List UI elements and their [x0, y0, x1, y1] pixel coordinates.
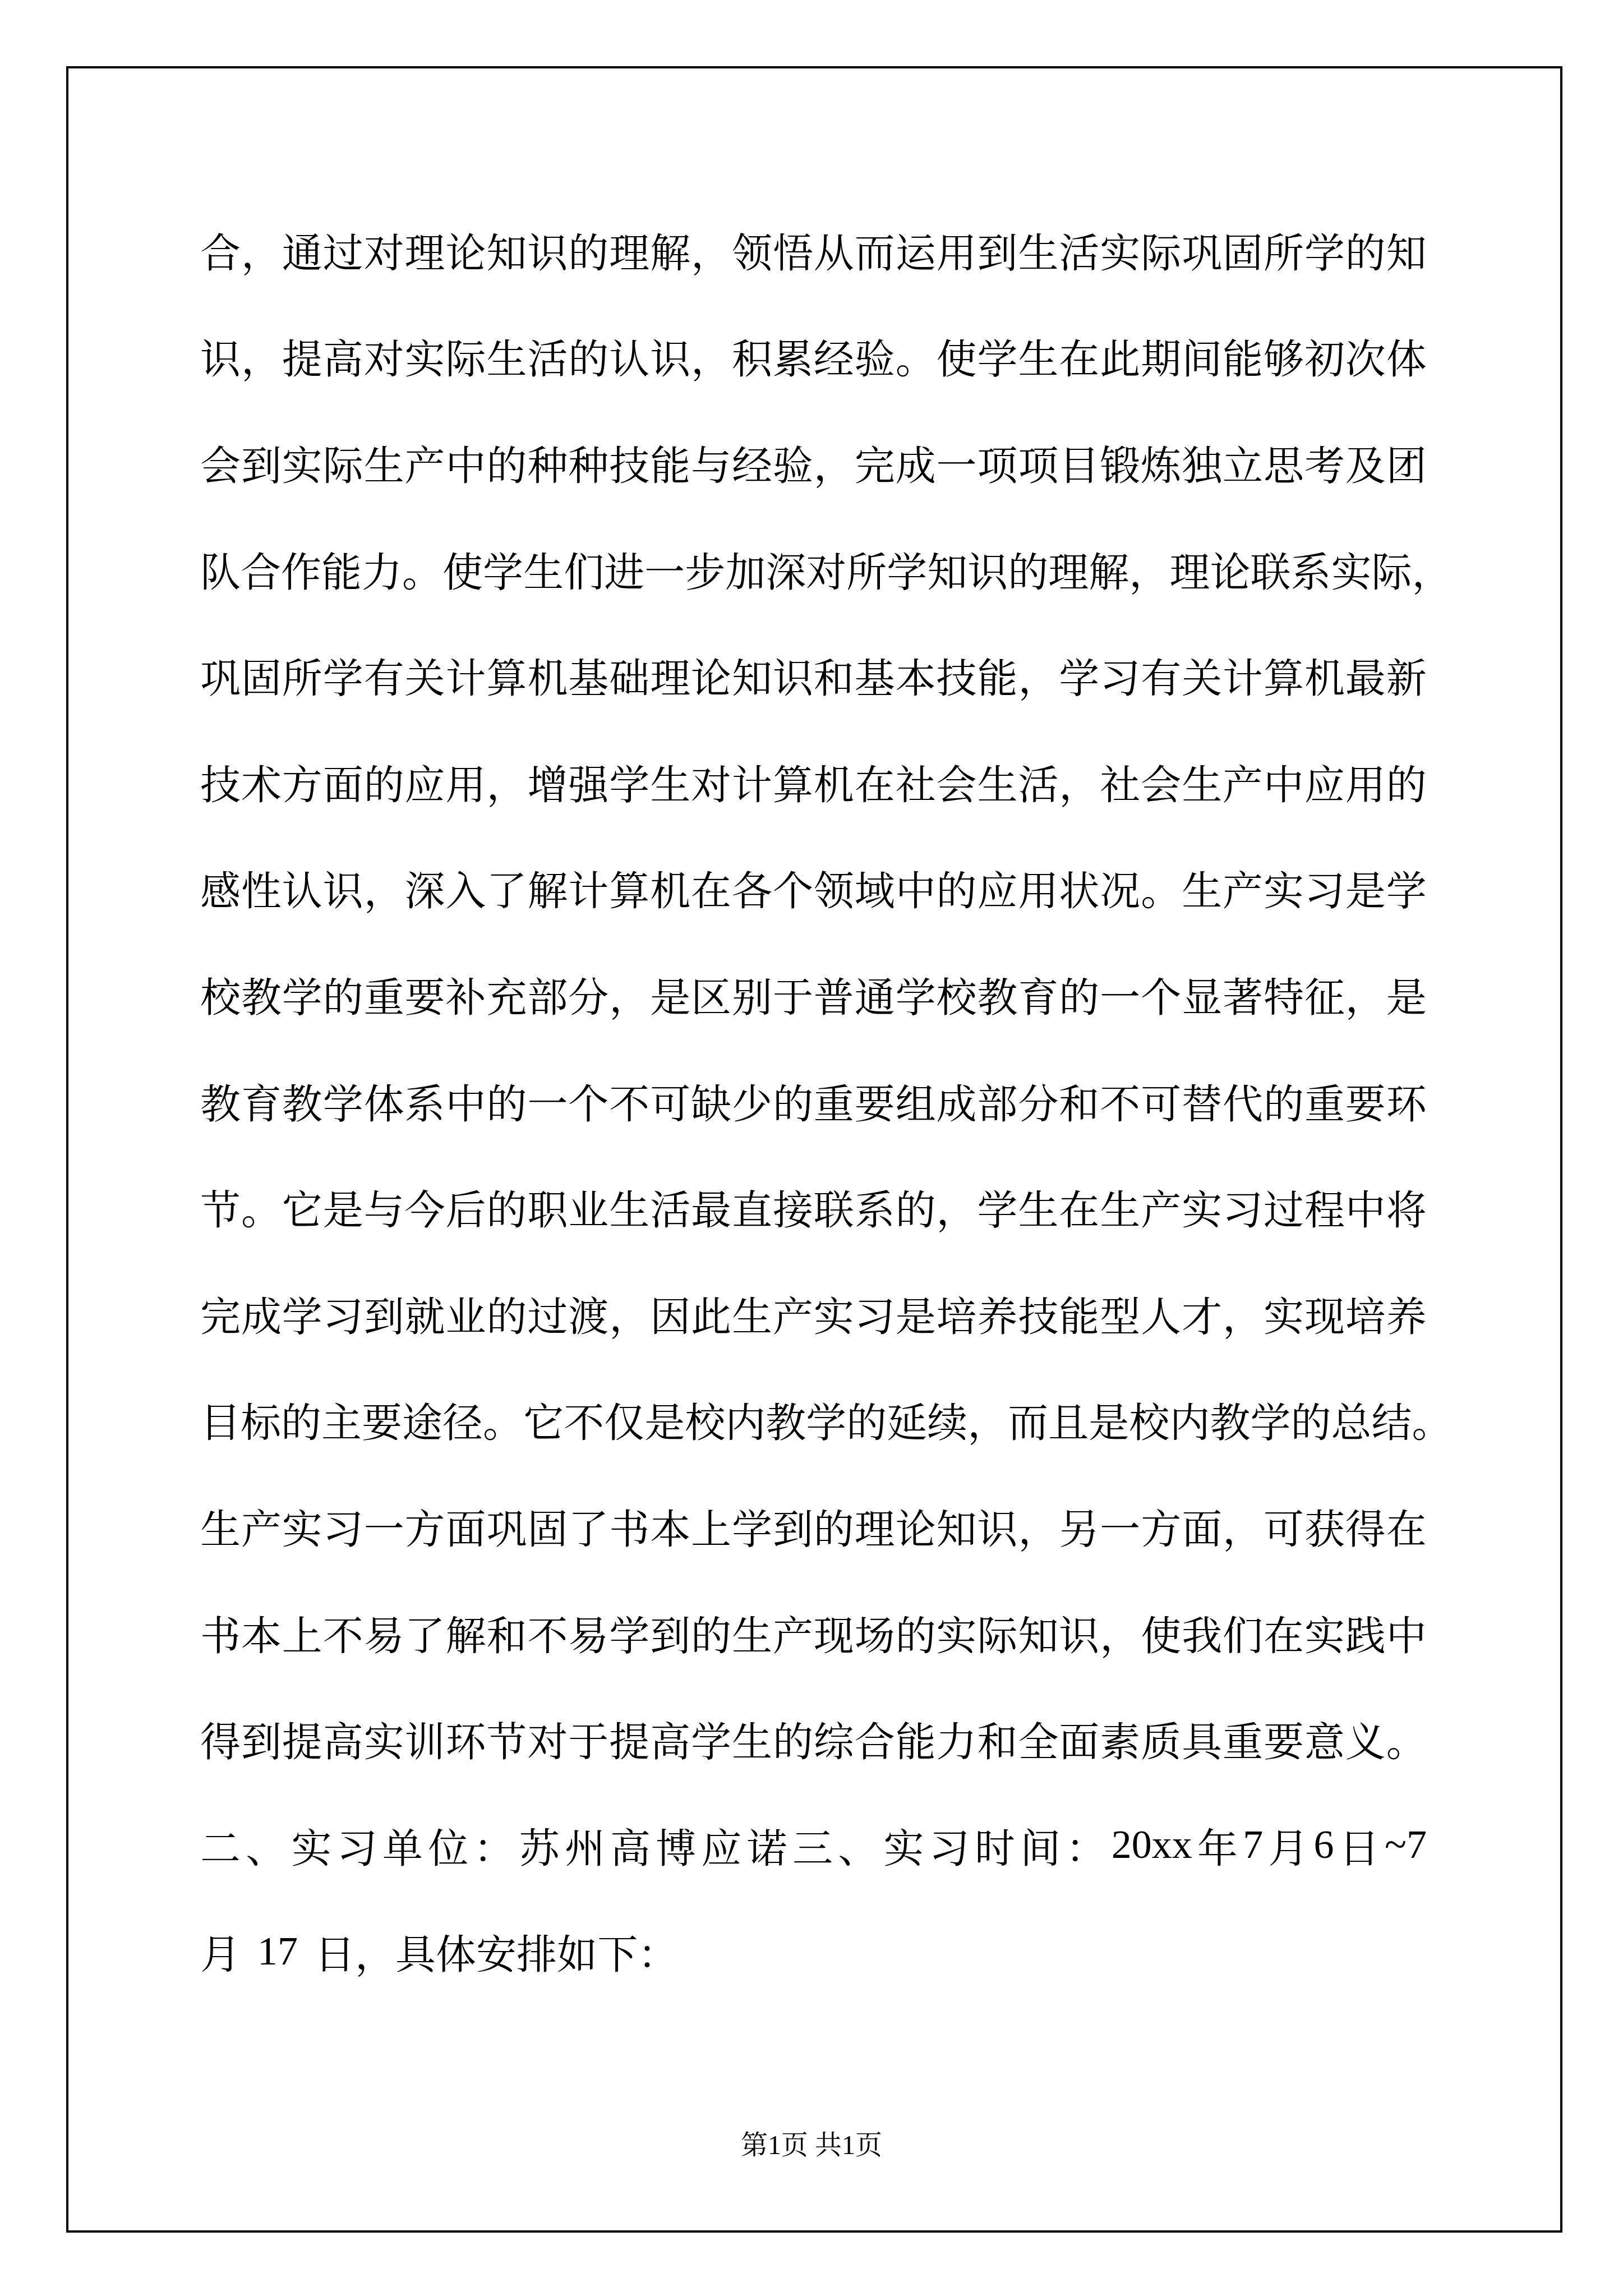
glyph: 产 — [1141, 1177, 1181, 1236]
glyph: 我 — [1182, 1603, 1222, 1662]
glyph: 加 — [725, 540, 766, 598]
glyph: 新 — [1386, 646, 1427, 704]
glyph: 。 — [1412, 1390, 1452, 1448]
glyph: 习 — [323, 1284, 363, 1342]
glyph: 学 — [887, 540, 927, 598]
glyph: 中 — [896, 858, 936, 917]
glyph: 全 — [1018, 1709, 1058, 1768]
glyph: 的 — [568, 326, 608, 385]
glyph: 中 — [1345, 1177, 1386, 1236]
glyph: 高 — [650, 1709, 690, 1768]
glyph: 能 — [978, 646, 1018, 704]
glyph: 成 — [896, 433, 936, 491]
glyph: 接 — [773, 1177, 813, 1236]
glyph: 用 — [1018, 858, 1058, 917]
glyph: 是 — [644, 1390, 685, 1448]
glyph: ， — [355, 1922, 395, 1980]
glyph: ， — [691, 326, 731, 385]
glyph: 认 — [282, 858, 322, 917]
glyph: 部 — [978, 1071, 1018, 1130]
glyph: 代 — [1223, 1071, 1263, 1130]
glyph: 社 — [1100, 752, 1140, 811]
text-line: 得到提高实训环节对于提高学生的综合能力和全面素质具重要意义。 — [200, 1685, 1427, 1792]
glyph: 队 — [200, 540, 241, 598]
glyph: 基 — [568, 646, 608, 704]
glyph: 面 — [1059, 1709, 1099, 1768]
glyph: 际 — [1371, 540, 1412, 598]
glyph: 因 — [650, 1284, 690, 1342]
glyph: 强 — [568, 752, 608, 811]
glyph: 对 — [806, 540, 846, 598]
glyph: 就 — [405, 1284, 445, 1342]
glyph: 节 — [200, 1177, 241, 1236]
glyph: 如 — [557, 1922, 597, 1980]
glyph: 实 — [1100, 220, 1140, 279]
glyph: 进 — [604, 540, 644, 598]
glyph: 对 — [364, 326, 404, 385]
glyph: 学 — [691, 1709, 731, 1768]
glyph: 易 — [568, 1603, 608, 1662]
glyph: 运 — [896, 220, 936, 279]
glyph: 们 — [564, 540, 604, 598]
glyph: 环 — [1386, 1071, 1427, 1130]
glyph: 有 — [1141, 646, 1181, 704]
glyph: 习 — [1223, 1177, 1263, 1236]
glyph: 个 — [773, 858, 813, 917]
glyph: 生 — [486, 326, 527, 385]
glyph: 不 — [609, 1071, 649, 1130]
glyph: ， — [937, 1177, 977, 1236]
glyph: 合 — [855, 1709, 895, 1768]
glyph: 累 — [773, 326, 813, 385]
glyph: 7 — [1243, 1821, 1263, 1868]
glyph: 生 — [523, 540, 564, 598]
text-line: 目标的主要途径。它不仅是校内教学的延续，而且是校内教学的总结。 — [200, 1366, 1427, 1473]
glyph: 而 — [855, 220, 895, 279]
glyph: 产 — [1223, 858, 1263, 917]
glyph: 的 — [568, 220, 608, 279]
glyph: 知 — [1018, 1603, 1058, 1662]
glyph: 于 — [568, 1709, 608, 1768]
glyph: 且 — [1048, 1390, 1089, 1448]
glyph: 活 — [1059, 220, 1099, 279]
glyph: 。 — [483, 1390, 523, 1448]
glyph: 于 — [773, 965, 813, 1023]
glyph: 的 — [691, 1603, 731, 1662]
glyph: 论 — [446, 220, 486, 279]
glyph: 生 — [609, 1177, 649, 1236]
glyph: 排 — [517, 1922, 557, 1980]
glyph: 体 — [1386, 326, 1427, 385]
glyph: 的 — [486, 1284, 527, 1342]
glyph: 要 — [362, 1390, 402, 1448]
glyph: 具 — [1182, 1709, 1222, 1768]
glyph: 续 — [927, 1390, 967, 1448]
glyph: 月 — [200, 1922, 241, 1980]
glyph: 州 — [565, 1816, 605, 1874]
glyph: 现 — [1304, 1284, 1345, 1342]
glyph: 环 — [446, 1709, 486, 1768]
glyph: 际 — [323, 433, 363, 491]
glyph: 深 — [766, 540, 806, 598]
glyph: 诺 — [747, 1816, 787, 1874]
glyph: 对 — [364, 220, 404, 279]
glyph: 。 — [241, 1177, 282, 1236]
glyph: 内 — [725, 1390, 766, 1448]
glyph: 校 — [1129, 1390, 1169, 1448]
glyph: 一 — [1100, 1497, 1140, 1555]
glyph: 习 — [323, 1497, 363, 1555]
glyph: 的 — [1290, 1390, 1331, 1448]
glyph: 习 — [1304, 858, 1345, 917]
glyph: 算 — [1264, 646, 1304, 704]
glyph: 锻 — [1100, 433, 1140, 491]
glyph: 的 — [1264, 1071, 1304, 1130]
glyph: 途 — [402, 1390, 442, 1448]
glyph: 不 — [323, 1603, 363, 1662]
glyph: 学 — [282, 1284, 322, 1342]
glyph: 用 — [1345, 752, 1386, 811]
glyph: 机 — [650, 858, 690, 917]
glyph: 会 — [1141, 752, 1181, 811]
glyph: 它 — [282, 1177, 322, 1236]
glyph: 重 — [364, 965, 404, 1023]
glyph: 识 — [323, 858, 363, 917]
glyph: 实 — [282, 1497, 322, 1555]
glyph: 对 — [527, 1709, 568, 1768]
glyph: 实 — [1304, 1603, 1345, 1662]
glyph: 是 — [650, 965, 690, 1023]
glyph: 关 — [405, 646, 445, 704]
glyph: 体 — [364, 1071, 404, 1130]
glyph: 识 — [773, 646, 813, 704]
glyph: 重 — [1304, 1071, 1345, 1130]
glyph: 教 — [282, 1071, 322, 1130]
glyph: 上 — [691, 1497, 731, 1555]
glyph: 才 — [1182, 1284, 1222, 1342]
glyph: 作 — [281, 540, 321, 598]
glyph: 内 — [1169, 1390, 1210, 1448]
glyph: 是 — [896, 1284, 936, 1342]
glyph: 将 — [1386, 1177, 1427, 1236]
glyph: 机 — [1304, 646, 1345, 704]
glyph: 生 — [364, 433, 404, 491]
glyph: 过 — [527, 1284, 568, 1342]
glyph: 单 — [382, 1816, 423, 1874]
glyph: 渡 — [568, 1284, 608, 1342]
text-line: 书本上不易了解和不易学到的生产现场的实际知识，使我们在实践中 — [200, 1579, 1427, 1686]
glyph: 思 — [1264, 433, 1304, 491]
glyph: 对 — [691, 752, 731, 811]
glyph: 生 — [978, 752, 1018, 811]
glyph: 和 — [1059, 1071, 1099, 1130]
glyph: ， — [486, 752, 527, 811]
glyph: ， — [1100, 1603, 1140, 1662]
glyph: 解 — [446, 1603, 486, 1662]
glyph: 另 — [1059, 1497, 1099, 1555]
glyph: ， — [1223, 1497, 1263, 1555]
glyph: 的 — [896, 1603, 936, 1662]
glyph: 性 — [241, 858, 282, 917]
glyph: 实 — [1264, 1284, 1304, 1342]
glyph: 苏 — [519, 1816, 560, 1874]
glyph: 计 — [568, 858, 608, 917]
glyph: ， — [364, 858, 404, 917]
glyph: 一 — [1100, 965, 1140, 1023]
text-line: 校教学的重要补充部分，是区别于普通学校教育的一个显著特征，是 — [200, 941, 1427, 1047]
glyph: 组 — [896, 1071, 936, 1130]
glyph: 固 — [1223, 220, 1263, 279]
glyph: 的 — [364, 752, 404, 811]
glyph: 应 — [978, 858, 1018, 917]
glyph: 活 — [527, 326, 568, 385]
glyph: 的 — [773, 1709, 813, 1768]
glyph: 是 — [1089, 1390, 1129, 1448]
glyph: 在 — [1059, 326, 1099, 385]
glyph: 学 — [1386, 858, 1427, 917]
glyph: 少 — [732, 1071, 772, 1130]
glyph: 应 — [405, 752, 445, 811]
glyph: 领 — [814, 858, 854, 917]
glyph: 技 — [937, 646, 977, 704]
glyph: 学 — [1059, 646, 1099, 704]
glyph: 位 — [428, 1816, 468, 1874]
glyph: 仅 — [604, 1390, 644, 1448]
text-line: 二、实习单位：苏州高博应诺三、实习时间：20xx年7月6日~7 — [200, 1792, 1427, 1898]
glyph: 在 — [1059, 1177, 1099, 1236]
glyph: 生 — [732, 1603, 772, 1662]
glyph: 验 — [773, 433, 813, 491]
glyph: 践 — [1345, 1603, 1386, 1662]
glyph: 各 — [732, 858, 772, 917]
glyph: 生 — [732, 1284, 772, 1342]
glyph: 面 — [323, 752, 363, 811]
glyph: 义 — [1345, 1709, 1386, 1768]
glyph: 社 — [896, 752, 936, 811]
glyph: 巩 — [1182, 220, 1222, 279]
glyph: 间 — [1182, 326, 1222, 385]
glyph: 易 — [364, 1603, 404, 1662]
glyph: 理 — [1048, 540, 1089, 598]
glyph: 关 — [1182, 646, 1222, 704]
glyph: 二 — [200, 1816, 241, 1874]
glyph: 学 — [896, 965, 936, 1023]
glyph: 活 — [650, 1177, 690, 1236]
glyph: 的 — [1345, 220, 1386, 279]
glyph: 生 — [732, 1709, 772, 1768]
glyph: 不 — [527, 1603, 568, 1662]
glyph: 计 — [732, 752, 772, 811]
glyph: 际 — [1141, 220, 1181, 279]
glyph: 中 — [446, 1071, 486, 1130]
glyph: 实 — [1331, 540, 1371, 598]
glyph: 显 — [1182, 965, 1222, 1023]
glyph: 后 — [446, 1177, 486, 1236]
glyph: 会 — [937, 752, 977, 811]
glyph: 通 — [855, 965, 895, 1023]
glyph: 识 — [527, 220, 568, 279]
glyph: 教 — [1210, 1390, 1250, 1448]
glyph: ， — [1129, 540, 1169, 598]
glyph: 一 — [527, 1071, 568, 1130]
glyph: 的 — [846, 1390, 887, 1448]
glyph: 实 — [291, 1816, 331, 1874]
glyph: 论 — [1210, 540, 1250, 598]
glyph: 训 — [405, 1709, 445, 1768]
glyph: 学 — [1304, 220, 1345, 279]
glyph: 知 — [927, 540, 967, 598]
glyph: 高 — [610, 1816, 651, 1874]
glyph: 和 — [814, 646, 854, 704]
glyph: 总 — [1331, 1390, 1371, 1448]
glyph: 校 — [937, 965, 977, 1023]
glyph: 从 — [814, 220, 854, 279]
glyph: 方 — [405, 1497, 445, 1555]
glyph: 养 — [978, 1284, 1018, 1342]
glyph: 在 — [855, 752, 895, 811]
glyph: 理 — [405, 220, 445, 279]
glyph: 解 — [527, 858, 568, 917]
glyph: 实 — [937, 1603, 977, 1662]
glyph: 应 — [702, 1816, 742, 1874]
glyph: 到 — [241, 1709, 282, 1768]
glyph: 在 — [691, 858, 731, 917]
glyph: ， — [691, 220, 731, 279]
glyph: 个 — [568, 1071, 608, 1130]
text-line: 巩固所学有关计算机基础理论知识和基本技能，学习有关计算机最新 — [200, 622, 1427, 728]
glyph: 和 — [486, 1603, 527, 1662]
glyph: 博 — [656, 1816, 696, 1874]
glyph: 的 — [486, 1177, 527, 1236]
glyph: 习 — [929, 1816, 970, 1874]
glyph: 而 — [1008, 1390, 1048, 1448]
document-body: 合，通过对理论知识的理解，领悟从而运用到生活实际巩固所学的知识，提高对实际生活的… — [200, 196, 1427, 2004]
glyph: 算 — [486, 646, 527, 704]
glyph: 和 — [978, 1709, 1018, 1768]
glyph: ， — [241, 326, 282, 385]
glyph: 况 — [1100, 858, 1140, 917]
glyph: 使 — [442, 540, 483, 598]
glyph: 培 — [1345, 1284, 1386, 1342]
glyph: 。 — [896, 326, 936, 385]
glyph: 在 — [1386, 1497, 1427, 1555]
glyph: 的 — [937, 858, 977, 917]
glyph: 替 — [1182, 1071, 1222, 1130]
glyph: 论 — [896, 1497, 936, 1555]
glyph: 成 — [937, 1071, 977, 1130]
glyph: 日 — [315, 1922, 355, 1980]
glyph: 育 — [1018, 965, 1058, 1023]
text-line: 完成学习到就业的过渡，因此生产实习是培养技能型人才，实现培养 — [200, 1260, 1427, 1366]
glyph: 分 — [1018, 1071, 1058, 1130]
glyph: 的 — [1008, 540, 1048, 598]
glyph: 产 — [405, 433, 445, 491]
glyph: 产 — [773, 1603, 813, 1662]
glyph: 产 — [241, 1497, 282, 1555]
glyph: 要 — [1345, 1071, 1386, 1130]
glyph: 教 — [200, 1071, 241, 1130]
glyph: 今 — [405, 1177, 445, 1236]
glyph: 识 — [967, 540, 1008, 598]
glyph: 学 — [1250, 1390, 1290, 1448]
glyph: 能 — [1223, 326, 1263, 385]
glyph: 活 — [1018, 752, 1058, 811]
glyph: 综 — [814, 1709, 854, 1768]
glyph: 认 — [609, 326, 649, 385]
glyph: 可 — [650, 1071, 690, 1130]
glyph: 感 — [200, 858, 241, 917]
glyph: 别 — [732, 965, 772, 1023]
glyph: ， — [1412, 540, 1452, 598]
glyph: 到 — [364, 1284, 404, 1342]
glyph: 所 — [846, 540, 887, 598]
glyph: ： — [1066, 1816, 1106, 1874]
glyph: ： — [473, 1816, 514, 1874]
glyph: 间 — [1020, 1816, 1061, 1874]
glyph: 、 — [838, 1816, 878, 1874]
glyph: 月 — [1268, 1816, 1308, 1874]
glyph: 过 — [323, 220, 363, 279]
glyph: 职 — [527, 1177, 568, 1236]
glyph: 用 — [446, 752, 486, 811]
glyph: 可 — [1264, 1497, 1304, 1555]
glyph: 识 — [650, 326, 690, 385]
glyph: 领 — [732, 220, 772, 279]
glyph: 巩 — [486, 1497, 527, 1555]
glyph: 解 — [650, 220, 690, 279]
glyph: 能 — [321, 540, 362, 598]
glyph: 书 — [200, 1603, 241, 1662]
glyph: 的 — [896, 1177, 936, 1236]
glyph: 通 — [282, 220, 322, 279]
glyph: 提 — [282, 326, 322, 385]
glyph: 计 — [1223, 646, 1263, 704]
glyph: 理 — [609, 220, 649, 279]
glyph: 意 — [1304, 1709, 1345, 1768]
glyph: 产 — [1223, 752, 1263, 811]
glyph: 目 — [1059, 433, 1099, 491]
glyph: 系 — [405, 1071, 445, 1130]
glyph: 算 — [609, 858, 649, 917]
glyph: 人 — [1141, 1284, 1181, 1342]
page-footer: 第1页 共1页 — [0, 2129, 1623, 2162]
glyph: 能 — [650, 433, 690, 491]
glyph: 的 — [814, 1497, 854, 1555]
glyph: 教 — [241, 965, 282, 1023]
glyph: 中 — [1386, 1603, 1427, 1662]
glyph: 不 — [564, 1390, 604, 1448]
glyph: 教 — [766, 1390, 806, 1448]
glyph: 充 — [486, 965, 527, 1023]
glyph: 面 — [446, 1497, 486, 1555]
glyph: 的 — [486, 433, 527, 491]
glyph: 培 — [937, 1284, 977, 1342]
glyph: 理 — [650, 646, 690, 704]
glyph: 使 — [937, 326, 977, 385]
glyph: 到 — [650, 1603, 690, 1662]
glyph: 实 — [814, 1284, 854, 1342]
glyph: 是 — [1386, 965, 1427, 1023]
glyph: ~7 — [1385, 1821, 1427, 1868]
glyph: 是 — [323, 1177, 363, 1236]
glyph: 所 — [282, 646, 322, 704]
glyph: 计 — [446, 646, 486, 704]
glyph: 有 — [364, 646, 404, 704]
text-line: 感性认识，深入了解计算机在各个领域中的应用状况。生产实习是学 — [200, 835, 1427, 941]
glyph: 实 — [1264, 858, 1304, 917]
glyph: 到 — [241, 433, 282, 491]
glyph: 目 — [200, 1390, 241, 1448]
